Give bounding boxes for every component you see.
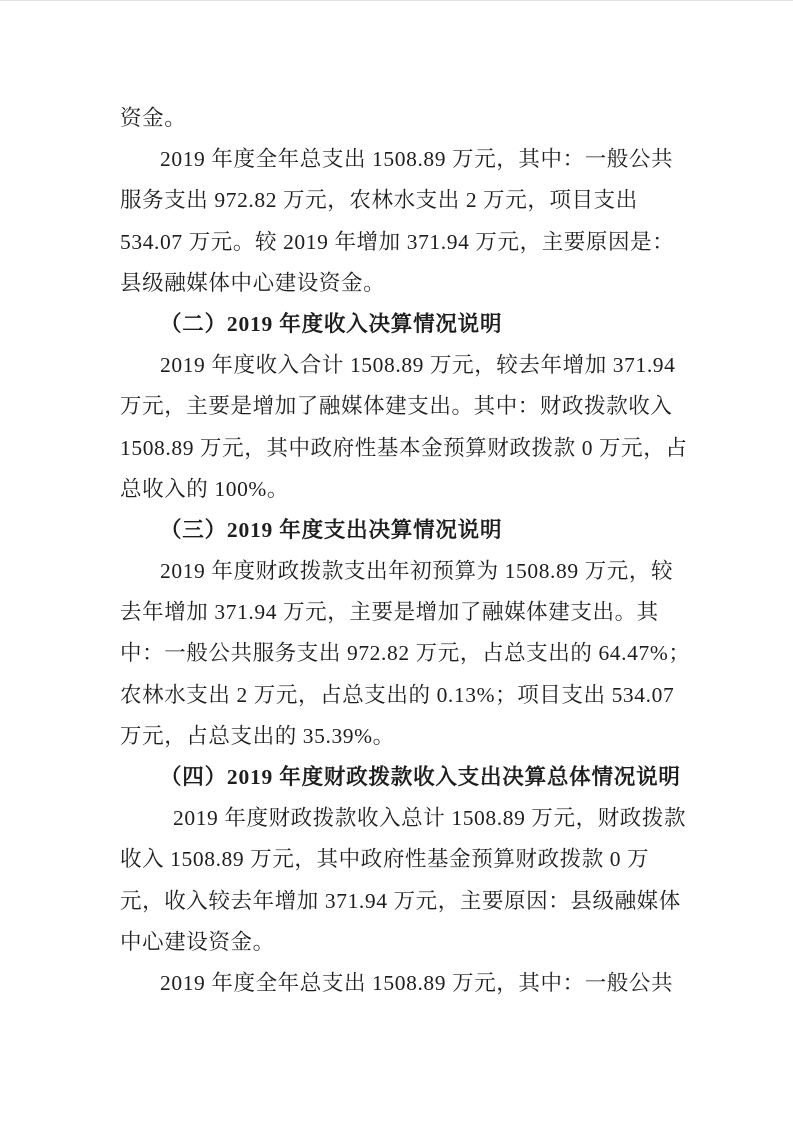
text-line: 总收入的 100%。	[120, 469, 676, 510]
section-heading: （三）2019 年度支出决算情况说明	[120, 510, 676, 551]
text-line: 服务支出 972.82 万元，农林水支出 2 万元，项目支出	[120, 180, 676, 221]
text-line: 收入 1508.89 万元，其中政府性基金预算财政拨款 0 万	[120, 839, 676, 880]
text-line: 2019 年度财政拨款收入总计 1508.89 万元，财政拨款	[120, 798, 676, 839]
text-line: 中心建设资金。	[120, 922, 676, 963]
text-line: 农林水支出 2 万元，占总支出的 0.13%；项目支出 534.07	[120, 675, 676, 716]
text-line: 万元，主要是增加了融媒体建支出。其中：财政拨款收入	[120, 386, 676, 427]
text-line: 2019 年度财政拨款支出年初预算为 1508.89 万元，较	[120, 551, 676, 592]
text-line: 534.07 万元。较 2019 年增加 371.94 万元，主要原因是：	[120, 222, 676, 263]
text-line: 元，收入较去年增加 371.94 万元，主要原因：县级融媒体	[120, 881, 676, 922]
text-line: 1508.89 万元，其中政府性基本金预算财政拨款 0 万元，占	[120, 428, 676, 469]
section-heading: （二）2019 年度收入决算情况说明	[120, 304, 676, 345]
text-line: 2019 年度全年总支出 1508.89 万元，其中：一般公共	[120, 139, 676, 180]
text-line: 县级融媒体中心建设资金。	[120, 263, 676, 304]
section-heading: （四）2019 年度财政拨款收入支出决算总体情况说明	[120, 757, 676, 798]
text-line: 中：一般公共服务支出 972.82 万元，占总支出的 64.47%；	[120, 633, 676, 674]
text-line: 2019 年度收入合计 1508.89 万元，较去年增加 371.94	[120, 345, 676, 386]
text-line: 2019 年度全年总支出 1508.89 万元，其中：一般公共	[120, 963, 676, 1004]
text-line: 去年增加 371.94 万元，主要是增加了融媒体建支出。其	[120, 592, 676, 633]
document-page: 资金。2019 年度全年总支出 1508.89 万元，其中：一般公共服务支出 9…	[0, 0, 793, 1122]
text-line: 资金。	[120, 98, 676, 139]
text-line: 万元，占总支出的 35.39%。	[120, 716, 676, 757]
document-body: 资金。2019 年度全年总支出 1508.89 万元，其中：一般公共服务支出 9…	[120, 98, 676, 1004]
